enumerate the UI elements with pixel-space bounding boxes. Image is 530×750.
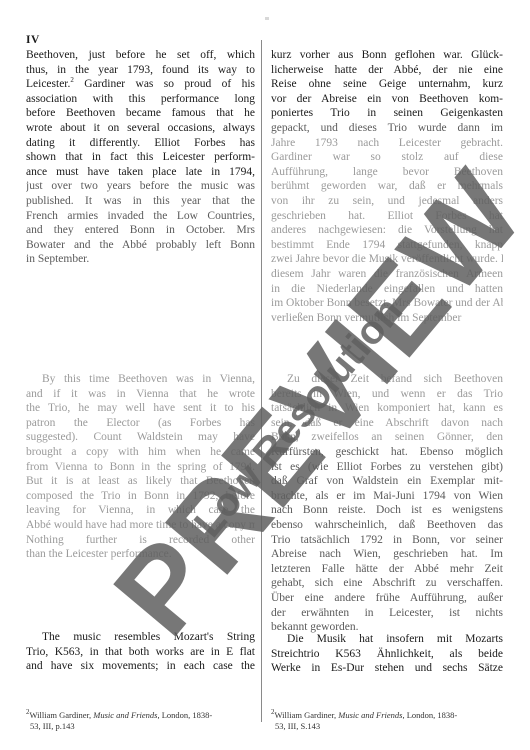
text-line: Aufführung, lange bevor Beethoven bbox=[271, 165, 503, 180]
text-line: dating it differently. Elliot Forbes has bbox=[26, 136, 255, 151]
text-line: gepackt, und dieses Trio wurde dann im bbox=[271, 121, 503, 136]
text-line: berühmt geworden war, daß er mehrmals bbox=[271, 179, 503, 194]
text-line: in September. bbox=[26, 252, 255, 267]
right-column-para-1: kurz vorher aus Bonn geflohen war. Glück… bbox=[271, 48, 503, 325]
text-line: kurz vorher aus Bonn geflohen war. Glück… bbox=[271, 48, 503, 63]
text-line: Beethoven, just before he set off, which bbox=[26, 48, 255, 63]
footnote-author: William Gardiner, bbox=[30, 710, 94, 720]
text-line: brought a copy with him when he came bbox=[26, 445, 255, 460]
text-line: gehabt, sich eine Abschrift zu verschaff… bbox=[271, 576, 503, 591]
text-line: just over two years before the music was bbox=[26, 179, 255, 194]
text-line: The music resembles Mozart's String bbox=[26, 630, 255, 645]
left-column-para-1: Beethoven, just before he set off, which… bbox=[26, 48, 255, 267]
text-line: letzteren Falle hätte der Abbé mehr Zeit bbox=[271, 562, 503, 577]
text-line: and if it was in Vienna that he wrote bbox=[26, 387, 255, 402]
text-line: von ihr zu sein, und jedesmal anders bbox=[271, 194, 503, 209]
text-line: suggested). Count Waldstein may have bbox=[26, 430, 255, 445]
text-line: patron the Elector (as Forbes has bbox=[26, 416, 255, 431]
text-line: im Oktober Bonn besetzt. Mrs Bowater und… bbox=[271, 296, 503, 311]
text-line: and have six movements; in each case the bbox=[26, 659, 255, 674]
right-column-para-3: Die Musik hat insofern mit Mozarts Strei… bbox=[271, 632, 503, 676]
text-line: ebenso wahrscheinlich, daß Beethoven das bbox=[271, 518, 503, 533]
text-line: composed the Trio in Bonn in 1792, befor… bbox=[26, 489, 255, 504]
document-page: IV Beethoven, just before he set off, wh… bbox=[0, 0, 530, 750]
text-line: and they entered Bonn in October. Mrs bbox=[26, 223, 255, 238]
text-line: French armies invaded the Low Countries, bbox=[26, 209, 255, 224]
text-line: But it is at least as likely that Beetho… bbox=[26, 474, 255, 489]
text-line: Trio, K563, in that both works are in E … bbox=[26, 645, 255, 660]
text-line: geschrieben hat. Elliot Forbes hat bbox=[271, 209, 503, 224]
text-line: ist es (wie Elliot Forbes zu verstehen g… bbox=[271, 460, 503, 475]
text-line: verließen Bonn vermutlich im September bbox=[271, 311, 503, 326]
text-line: than the Leicester performance. bbox=[26, 547, 255, 562]
text-line: leaving for Vienna, in which case the bbox=[26, 503, 255, 518]
text-line: Werke in Es-Dur stehen und sechs Sätze bbox=[271, 661, 503, 676]
text-line: wrote about it on several occasions, alw… bbox=[26, 121, 255, 136]
left-column-para-2: By this time Beethoven was in Vienna, an… bbox=[26, 372, 255, 562]
text-line: Die Musik hat insofern mit Mozarts bbox=[271, 632, 503, 647]
footnote-text: 53, III, p.143 bbox=[26, 721, 75, 731]
footnote-left: 2William Gardiner, Music and Friends, Lo… bbox=[26, 710, 254, 731]
text-line: diesem Jahr waren die französischen Arme… bbox=[271, 267, 503, 282]
text-line: ance must have taken place late in 1794, bbox=[26, 165, 255, 180]
footnote-title: Music and Friends bbox=[93, 710, 157, 720]
text-line: Kurfürsten, geschickt hat. Ebenso möglic… bbox=[271, 445, 503, 460]
text-line: Abreise nach Wien, geschrieben hat. Im bbox=[271, 547, 503, 562]
text-line: in die Niederlande eingefallen und hatte… bbox=[271, 282, 503, 297]
text-line: Jahre 1793 nach Leicester gebracht. bbox=[271, 136, 503, 151]
footnote-text: , London, 1838- bbox=[402, 710, 457, 720]
text-line: sein, daß er eine Abschrift davon nach bbox=[271, 416, 503, 431]
text-line: Gardiner war so stolz auf diese bbox=[271, 150, 503, 165]
text-line: Über eine andere frühe Aufführung, außer bbox=[271, 591, 503, 606]
text-segment: Gardiner was so proud of his bbox=[74, 78, 255, 90]
text-line: Nothing further is recorded other bbox=[26, 533, 255, 548]
text-line: the Trio, he may well have sent it to hi… bbox=[26, 401, 255, 416]
text-line: from Vienna to Bonn in the spring of 179… bbox=[26, 460, 255, 475]
text-line: bestimmt Ende 1794 stattgefunden, knapp bbox=[271, 238, 503, 253]
footnote-author: William Gardiner, bbox=[275, 710, 339, 720]
text-line: vor der Abreise ein von Beethoven kom- bbox=[271, 92, 503, 107]
text-line: zwei Jahre bevor die Musik veröffentlich… bbox=[271, 252, 503, 267]
text-line: Leicester.2 Gardiner was so proud of his bbox=[26, 77, 255, 92]
left-column-para-3: The music resembles Mozart's String Trio… bbox=[26, 630, 255, 674]
text-line: poniertes Trio in seinen Geigenkasten bbox=[271, 106, 503, 121]
right-column-para-2: Zu dieser Zeit befand sich Beethoven ber… bbox=[271, 372, 503, 635]
text-line: licherweise hatte der Abbé, der nie eine bbox=[271, 63, 503, 78]
text-line: Bonn, zweifellos an seinen Gönner, den bbox=[271, 430, 503, 445]
text-line: association with this performance long bbox=[26, 92, 255, 107]
page-top-mark bbox=[265, 17, 269, 20]
text-line: Trio tatsächlich 1792 in Bonn, vor seine… bbox=[271, 533, 503, 548]
text-line: nach Bonn reiste. Doch ist es wenigstens bbox=[271, 503, 503, 518]
text-line: anderes nachgewiesen: die Vorstellung ha… bbox=[271, 223, 503, 238]
footnote-text: , London, 1838- bbox=[157, 710, 212, 720]
footnote-right: 2William Gardiner, Music and Friends, Lo… bbox=[271, 710, 503, 731]
column-divider bbox=[261, 40, 262, 722]
text-line: By this time Beethoven was in Vienna, bbox=[26, 372, 255, 387]
text-line: Reise ohne seine Geige unternahm, kurz bbox=[271, 77, 503, 92]
text-line: before Beethoven became famous that he bbox=[26, 106, 255, 121]
footnote-title: Music and Friends bbox=[338, 710, 402, 720]
text-line: bereits in Wien, und wenn er das Trio bbox=[271, 387, 503, 402]
text-line: shown that in fact this Leicester perfor… bbox=[26, 150, 255, 165]
text-line: tatsächlich in Wien komponiert hat, kann… bbox=[271, 401, 503, 416]
text-line: published. It was in this year that the bbox=[26, 194, 255, 209]
text-line: Streichtrio K563 Ähnlichkeit, als beide bbox=[271, 647, 503, 662]
page-number: IV bbox=[26, 34, 40, 46]
text-line: daß Graf von Waldstein ein Exemplar mit- bbox=[271, 474, 503, 489]
text-line: Abbé would have had more time to have a … bbox=[26, 518, 255, 533]
text-segment: Leicester. bbox=[26, 78, 70, 90]
text-line: Bowater and the Abbé probably left Bonn bbox=[26, 238, 255, 253]
text-line: Zu dieser Zeit befand sich Beethoven bbox=[271, 372, 503, 387]
text-line: thus, in the year 1793, found its way to bbox=[26, 63, 255, 78]
text-line: der erwähnten in Leicester, ist nichts bbox=[271, 606, 503, 621]
footnote-text: 53, III, S.143 bbox=[271, 721, 320, 731]
text-line: brachte, als er im Mai-Juni 1794 von Wie… bbox=[271, 489, 503, 504]
